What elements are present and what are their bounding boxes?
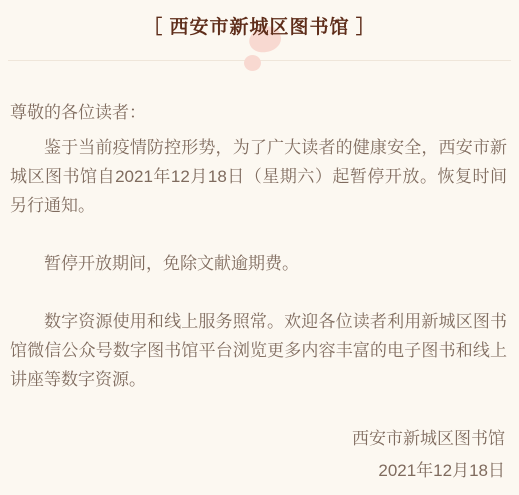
signature-date: 2021年12月18日 [10,455,505,487]
notice-header: ［ 西安市新城区图书馆 ］ [0,0,519,61]
signature: 西安市新城区图书馆 [10,423,505,455]
notice-paragraph-2: 暂停开放期间，免除文献逾期费。 [10,249,507,278]
notice-body: 尊敬的各位读者： 鉴于当前疫情防控形势，为了广大读者的健康安全，西安市新城区图书… [0,98,519,394]
notice-paragraph-1: 鉴于当前疫情防控形势，为了广大读者的健康安全，西安市新城区图书馆自2021年12… [10,133,507,220]
heart-blob-small [244,55,261,71]
page-title: ［ 西安市新城区图书馆 ］ [143,14,376,42]
notice-paragraph-3: 数字资源使用和线上服务照常。欢迎各位读者利用新城区图书馆微信公众号数字图书馆平台… [10,307,507,394]
signature-block: 西安市新城区图书馆 2021年12月18日 [0,423,519,487]
notice-page: ［ 西安市新城区图书馆 ］ 尊敬的各位读者： 鉴于当前疫情防控形势，为了广大读者… [0,0,519,495]
salutation: 尊敬的各位读者： [10,98,507,127]
